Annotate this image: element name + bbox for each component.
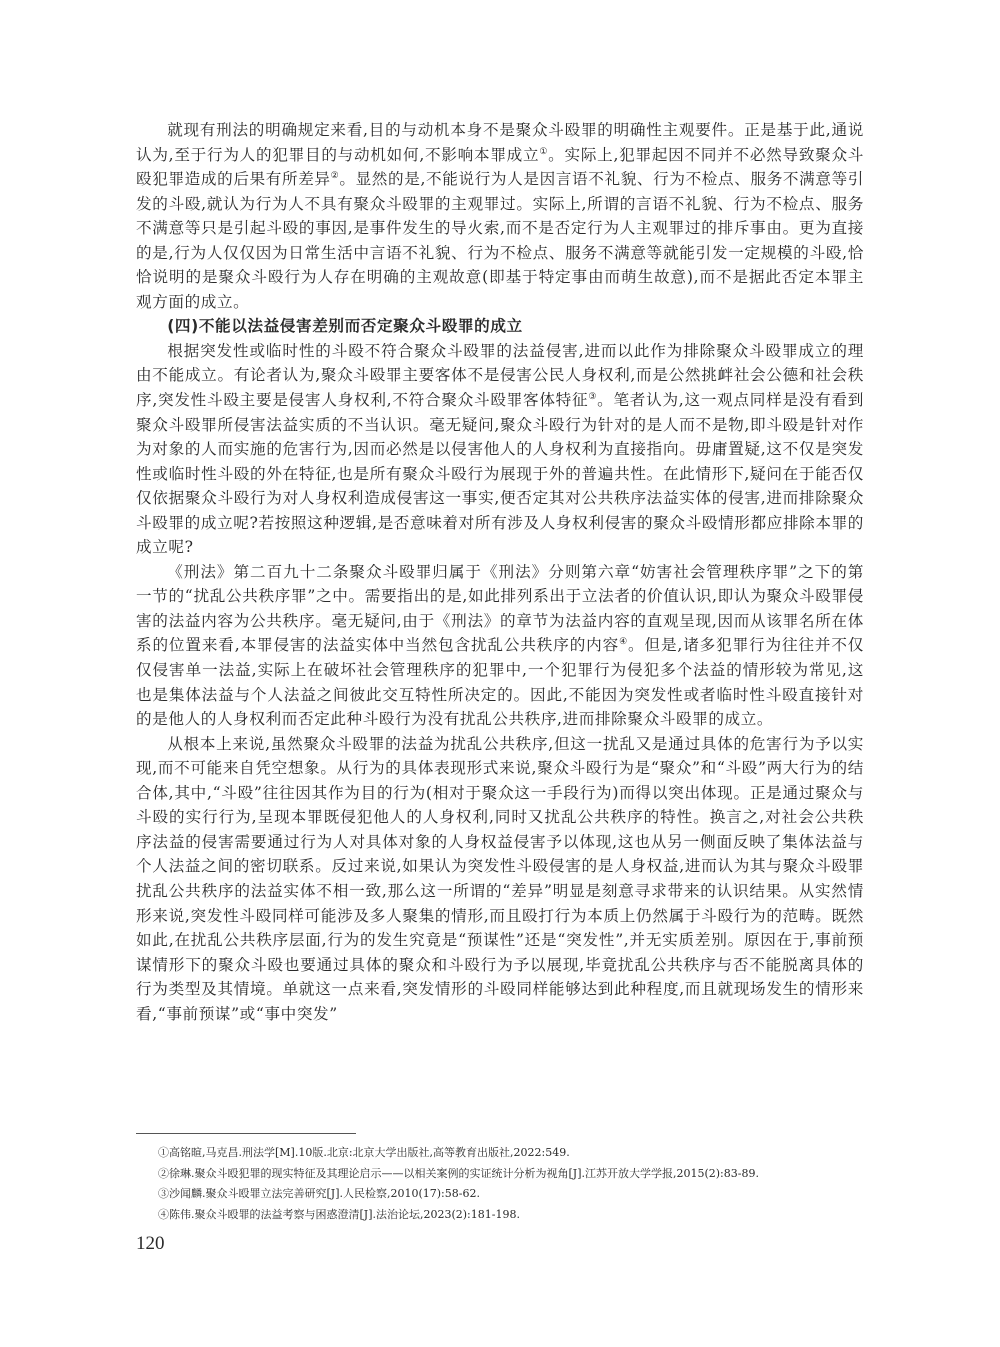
- footnote-ref[interactable]: ①: [539, 146, 548, 156]
- footnote-ref[interactable]: ③: [588, 392, 597, 402]
- footnote-1: ①高铭暄,马克昌.刑法学[M].10版.北京:北京大学出版社,高等教育出版社,2…: [158, 1143, 878, 1164]
- footnote-separator: [136, 1133, 356, 1134]
- text-run: 从根本上来说,虽然聚众斗殴罪的法益为扰乱公共秩序,但这一扰乱又是通过具体的危害行…: [136, 735, 864, 1023]
- paragraph: 就现有刑法的明确规定来看,目的与动机本身不是聚众斗殴罪的明确性主观要件。正是基于…: [136, 118, 864, 314]
- body-text: 就现有刑法的明确规定来看,目的与动机本身不是聚众斗殴罪的明确性主观要件。正是基于…: [136, 118, 864, 1026]
- paragraph: 《刑法》第二百九十二条聚众斗殴罪归属于《刑法》分则第六章“妨害社会管理秩序罪”之…: [136, 560, 864, 732]
- footnote-2: ②徐琳.聚众斗殴犯罪的现实特征及其理论启示——以相关案例的实证统计分析为视角[J…: [158, 1164, 878, 1185]
- section-heading: (四)不能以法益侵害差别而否定聚众斗殴罪的成立: [136, 314, 864, 339]
- footnotes: ①高铭暄,马克昌.刑法学[M].10版.北京:北京大学出版社,高等教育出版社,2…: [158, 1143, 878, 1225]
- footnote-ref[interactable]: ④: [619, 637, 628, 647]
- footnote-3: ③沙闻麟.聚众斗殴罪立法完善研究[J].人民检察,2010(17):58-62.: [158, 1184, 878, 1205]
- text-run: 。笔者认为,这一观点同样是没有看到聚众斗殴罪所侵害法益实质的不当认识。毫无疑问,…: [136, 391, 864, 556]
- footnote-4: ④陈伟.聚众斗殴罪的法益考察与困惑澄清[J].法治论坛,2023(2):181-…: [158, 1205, 878, 1226]
- page-number: 120: [136, 1233, 165, 1255]
- text-run: (四)不能以法益侵害差别而否定聚众斗殴罪的成立: [167, 317, 523, 335]
- text-run: 。显然的是,不能说行为人是因言语不礼貌、行为不检点、服务不满意等引发的斗殴,就认…: [136, 170, 864, 311]
- paragraph: 根据突发性或临时性的斗殴不符合聚众斗殴罪的法益侵害,进而以此作为排除聚众斗殴罪成…: [136, 339, 864, 560]
- paragraph: 从根本上来说,虽然聚众斗殴罪的法益为扰乱公共秩序,但这一扰乱又是通过具体的危害行…: [136, 732, 864, 1027]
